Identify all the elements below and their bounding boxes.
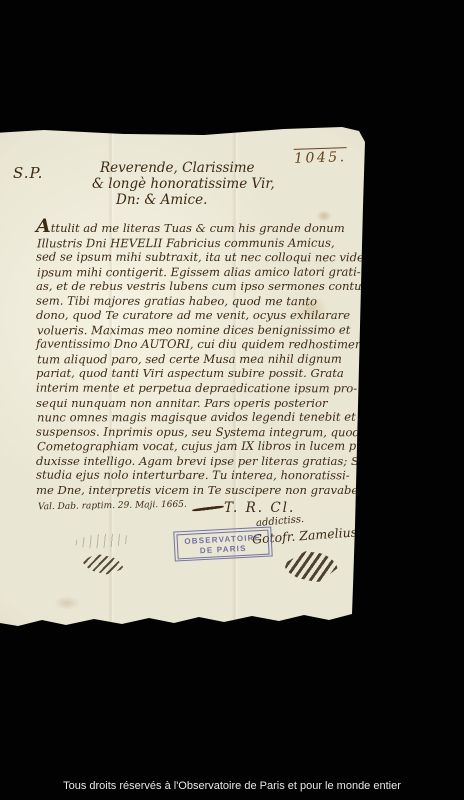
manuscript-line: sequi nunquam non annitar. Pars operis p…	[36, 396, 385, 411]
pencil-marks	[74, 532, 133, 550]
ink-smudge	[282, 547, 340, 586]
salutation-abbrev: S.P.	[13, 164, 43, 182]
manuscript-line: tum aliquod paro, sed certe Musa mea nih…	[37, 352, 386, 367]
archive-page-number: 1045.	[294, 147, 347, 167]
manuscript-line: suspensos. Inprimis opus, seu Systema in…	[36, 424, 385, 439]
manuscript-line: ipsum mihi contigerit. Egissem alias ami…	[37, 264, 386, 279]
ink-smudge	[80, 549, 126, 580]
letter-body: Attulit ad me literas Tuas & cum his gra…	[36, 219, 385, 497]
observatory-stamp-text: OBSERVATOIRE DE PARIS	[176, 529, 270, 559]
closing-initials: T. R. Cl.	[224, 500, 295, 516]
manuscript-line: sem. Tibi majores gratias habeo, quod me…	[36, 293, 385, 308]
manuscript-line: volueris. Maximas meo nomine dices benig…	[37, 322, 386, 337]
heading-line: & longè honoratissime Vir,	[92, 176, 275, 192]
manuscript-line: pariat, quod tanti Viri aspectum subire …	[36, 366, 385, 381]
dateline: Val. Dab. raptim. 29. Maji. 1665.	[38, 500, 187, 513]
manuscript-line: sed se ipsum mihi subtraxit, ita ut nec …	[36, 250, 385, 265]
manuscript-line: as, et de rebus vestris lubens cum ipso …	[36, 279, 385, 294]
manuscript-line: duxisse intelligo. Agam brevi ipse per l…	[36, 454, 385, 469]
manuscript-line: Illustris Dni HEVELII Fabricius communis…	[37, 235, 386, 250]
manuscript-line: Cometographiam vocat, cujus jam IX libro…	[37, 439, 386, 454]
letter-heading: Reverende, Clarissime& longè honoratissi…	[92, 160, 275, 208]
paper-stain	[54, 596, 80, 610]
heading-line: Reverende, Clarissime	[100, 160, 275, 176]
heading-line: Dn: & Amice.	[116, 192, 275, 208]
observatory-stamp: OBSERVATOIRE DE PARIS	[173, 526, 272, 561]
copyright-footer: Tous droits réservés à l'Observatoire de…	[0, 780, 464, 792]
manuscript-line: dono, quod Te curatore ad me venit, ocyu…	[36, 308, 385, 323]
pen-flourish	[192, 505, 224, 512]
photograph-background: 1045. S.P. Reverende, Clarissime& longè …	[0, 0, 464, 800]
manuscript-line: Attulit ad me literas Tuas & cum his gra…	[36, 219, 385, 236]
manuscript-line: studia ejus nolo interturbare. Tu intere…	[36, 468, 385, 483]
manuscript-line: me Dne, interpretis vicem in Te susciper…	[36, 483, 385, 498]
manuscript-line: faventissimo Dno AUTORI, cui diu quidem …	[36, 337, 385, 352]
manuscript-page: 1045. S.P. Reverende, Clarissime& longè …	[0, 126, 370, 628]
manuscript-line: nunc omnes magis magisque avidos legendi…	[37, 410, 386, 425]
manuscript-line: interim mente et perpetua depraedication…	[36, 381, 385, 396]
